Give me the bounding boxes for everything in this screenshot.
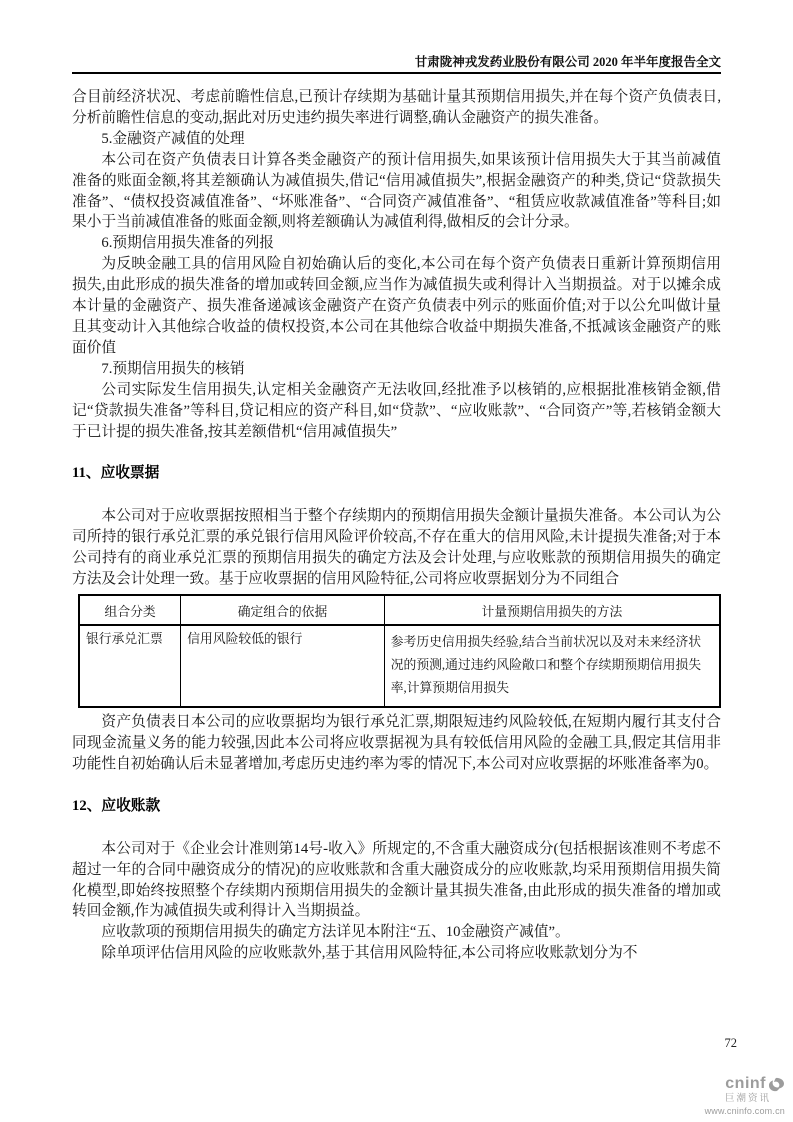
section-heading-12: 12、应收账款 xyxy=(72,796,721,816)
page-content: 合目前经济状况、考虑前瞻性信息,已预计存续期为基础计量其预期信用损失,并在每个资… xyxy=(72,87,721,964)
table-row: 银行承兑汇票 信用风险较低的银行 参考历史信用损失经验,结合当前状况以及对未来经… xyxy=(79,625,720,707)
cninfo-chinese-name: 巨潮资讯 xyxy=(675,1094,771,1104)
report-page: 甘肃陇神戎发药业股份有限公司 2020 年半年度报告全文 合目前经济状况、考虑前… xyxy=(0,0,793,1122)
paragraph-notes-receivable: 本公司对于应收票据按照相当于整个存续期内的预期信用损失金额计量损失准备。本公司认… xyxy=(72,506,721,590)
paragraph-accounts-receivable: 本公司对于《企业会计准则第14号-收入》所规定的,不含重大融资成分(包括根据该准… xyxy=(72,839,721,923)
paragraph-continued: 合目前经济状况、考虑前瞻性信息,已预计存续期为基础计量其预期信用损失,并在每个资… xyxy=(72,87,721,129)
section-heading-11: 11、应收票据 xyxy=(72,463,721,483)
cninfo-url: www.cninfo.com.cn xyxy=(675,1107,785,1116)
cninfo-logo: cninf 巨潮资讯 www.cninfo.com.cn xyxy=(675,1076,785,1116)
cninfo-brand-text: cninf xyxy=(725,1076,766,1092)
table-header-method: 计量预期信用损失的方法 xyxy=(384,595,720,625)
table-header-row: 组合分类 确定组合的依据 计量预期信用损失的方法 xyxy=(79,595,720,625)
paragraph-impairment-treatment: 本公司在资产负债表日计算各类金融资产的预计信用损失,如果该预计信用损失大于其当前… xyxy=(72,150,721,234)
header-divider xyxy=(72,72,721,74)
table-header-category: 组合分类 xyxy=(79,595,181,625)
subheading-5: 5.金融资产减值的处理 xyxy=(72,129,721,150)
table-cell-basis: 信用风险较低的银行 xyxy=(181,625,384,707)
subheading-6: 6.预期信用损失准备的列报 xyxy=(72,233,721,254)
paragraph-ecl-presentation: 为反映金融工具的信用风险自初始确认后的变化,本公司在每个资产负债表日重新计算预期… xyxy=(72,254,721,359)
page-number: 72 xyxy=(725,1036,738,1051)
cninfo-swirl-icon xyxy=(768,1077,785,1092)
paragraph-ecl-reference: 应收款项的预期信用损失的确定方法详见本附注“五、10金融资产减值”。 xyxy=(72,922,721,943)
paragraph-ecl-writeoff: 公司实际发生信用损失,认定相关金融资产无法收回,经批准予以核销的,应根据批准核销… xyxy=(72,380,721,443)
subheading-7: 7.预期信用损失的核销 xyxy=(72,359,721,380)
paragraph-bank-acceptance: 资产负债表日本公司的应收票据均为银行承兑汇票,期限短违约风险较低,在短期内履行其… xyxy=(72,712,721,775)
paragraph-ar-grouping: 除单项评估信用风险的应收账款外,基于其信用风险特征,本公司将应收账款划分为不 xyxy=(72,943,721,964)
table-cell-category: 银行承兑汇票 xyxy=(79,625,181,707)
receivables-group-table: 组合分类 确定组合的依据 计量预期信用损失的方法 银行承兑汇票 信用风险较低的银… xyxy=(78,594,721,708)
document-header-title: 甘肃陇神戎发药业股份有限公司 2020 年半年度报告全文 xyxy=(72,52,721,70)
table-header-basis: 确定组合的依据 xyxy=(181,595,384,625)
table-cell-method: 参考历史信用损失经验,结合当前状况以及对未来经济状况的预测,通过违约风险敞口和整… xyxy=(384,625,720,707)
